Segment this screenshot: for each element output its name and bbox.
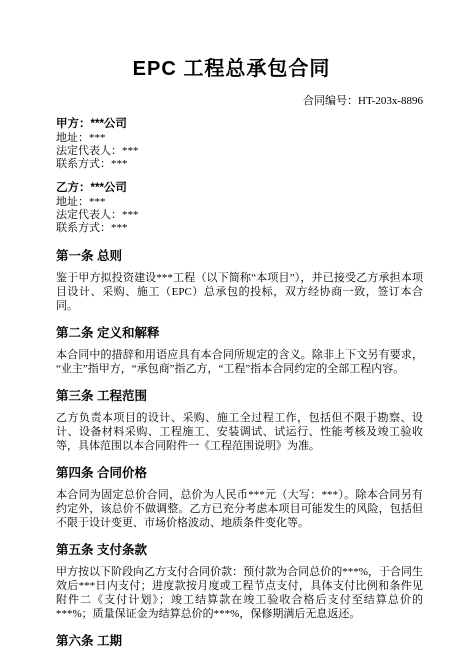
party-a-address: 地址：*** — [56, 132, 423, 145]
section-heading: 第一条 总则 — [56, 246, 423, 264]
section-body: 本合同中的措辞和用语应具有本合同所规定的含义。除非上下文另有要求，“业主”指甲方… — [56, 348, 423, 376]
section-contract-price: 第四条 合同价格 本合同为固定总价合同，总价为人民币***元（大写：***）。除… — [56, 463, 423, 530]
section-construction-period: 第六条 工期 — [56, 631, 423, 649]
party-b-name: 乙方：***公司 — [56, 182, 423, 195]
contract-document-page: EPC 工程总承包合同 合同编号：HT-203x-8896 甲方：***公司 地… — [0, 0, 463, 655]
section-body: 乙方负责本项目的设计、采购、施工全过程工作，包括但不限于勘察、设计、设备材料采购… — [56, 411, 423, 453]
party-b-legal-rep: 法定代表人：*** — [56, 209, 423, 222]
contract-number: 合同编号：HT-203x-8896 — [56, 94, 423, 108]
section-body: 甲方按以下阶段向乙方支付合同价款：预付款为合同总价的***%，于合同生效后***… — [56, 565, 423, 621]
section-heading: 第五条 支付条款 — [56, 540, 423, 558]
section-general-provisions: 第一条 总则 鉴于甲方拟投资建设***工程（以下简称“本项目”），并已接受乙方承… — [56, 246, 423, 313]
section-body: 本合同为固定总价合同，总价为人民币***元（大写：***）。除本合同另有约定外，… — [56, 488, 423, 530]
section-heading: 第三条 工程范围 — [56, 386, 423, 404]
party-b-contact: 联系方式：*** — [56, 222, 423, 235]
section-definitions: 第二条 定义和解释 本合同中的措辞和用语应具有本合同所规定的含义。除非上下文另有… — [56, 323, 423, 376]
section-heading: 第二条 定义和解释 — [56, 323, 423, 341]
party-a-block: 甲方：***公司 地址：*** 法定代表人：*** 联系方式：*** — [56, 118, 423, 171]
section-heading: 第六条 工期 — [56, 631, 423, 649]
section-payment-terms: 第五条 支付条款 甲方按以下阶段向乙方支付合同价款：预付款为合同总价的***%，… — [56, 540, 423, 621]
party-a-legal-rep: 法定代表人：*** — [56, 145, 423, 158]
party-b-block: 乙方：***公司 地址：*** 法定代表人：*** 联系方式：*** — [56, 182, 423, 235]
party-a-name: 甲方：***公司 — [56, 118, 423, 131]
section-body: 鉴于甲方拟投资建设***工程（以下简称“本项目”），并已接受乙方承担本项目设计、… — [56, 271, 423, 313]
party-a-contact: 联系方式：*** — [56, 158, 423, 171]
section-scope-of-work: 第三条 工程范围 乙方负责本项目的设计、采购、施工全过程工作，包括但不限于勘察、… — [56, 386, 423, 453]
section-heading: 第四条 合同价格 — [56, 463, 423, 481]
document-title: EPC 工程总承包合同 — [56, 56, 407, 82]
party-b-address: 地址：*** — [56, 196, 423, 209]
